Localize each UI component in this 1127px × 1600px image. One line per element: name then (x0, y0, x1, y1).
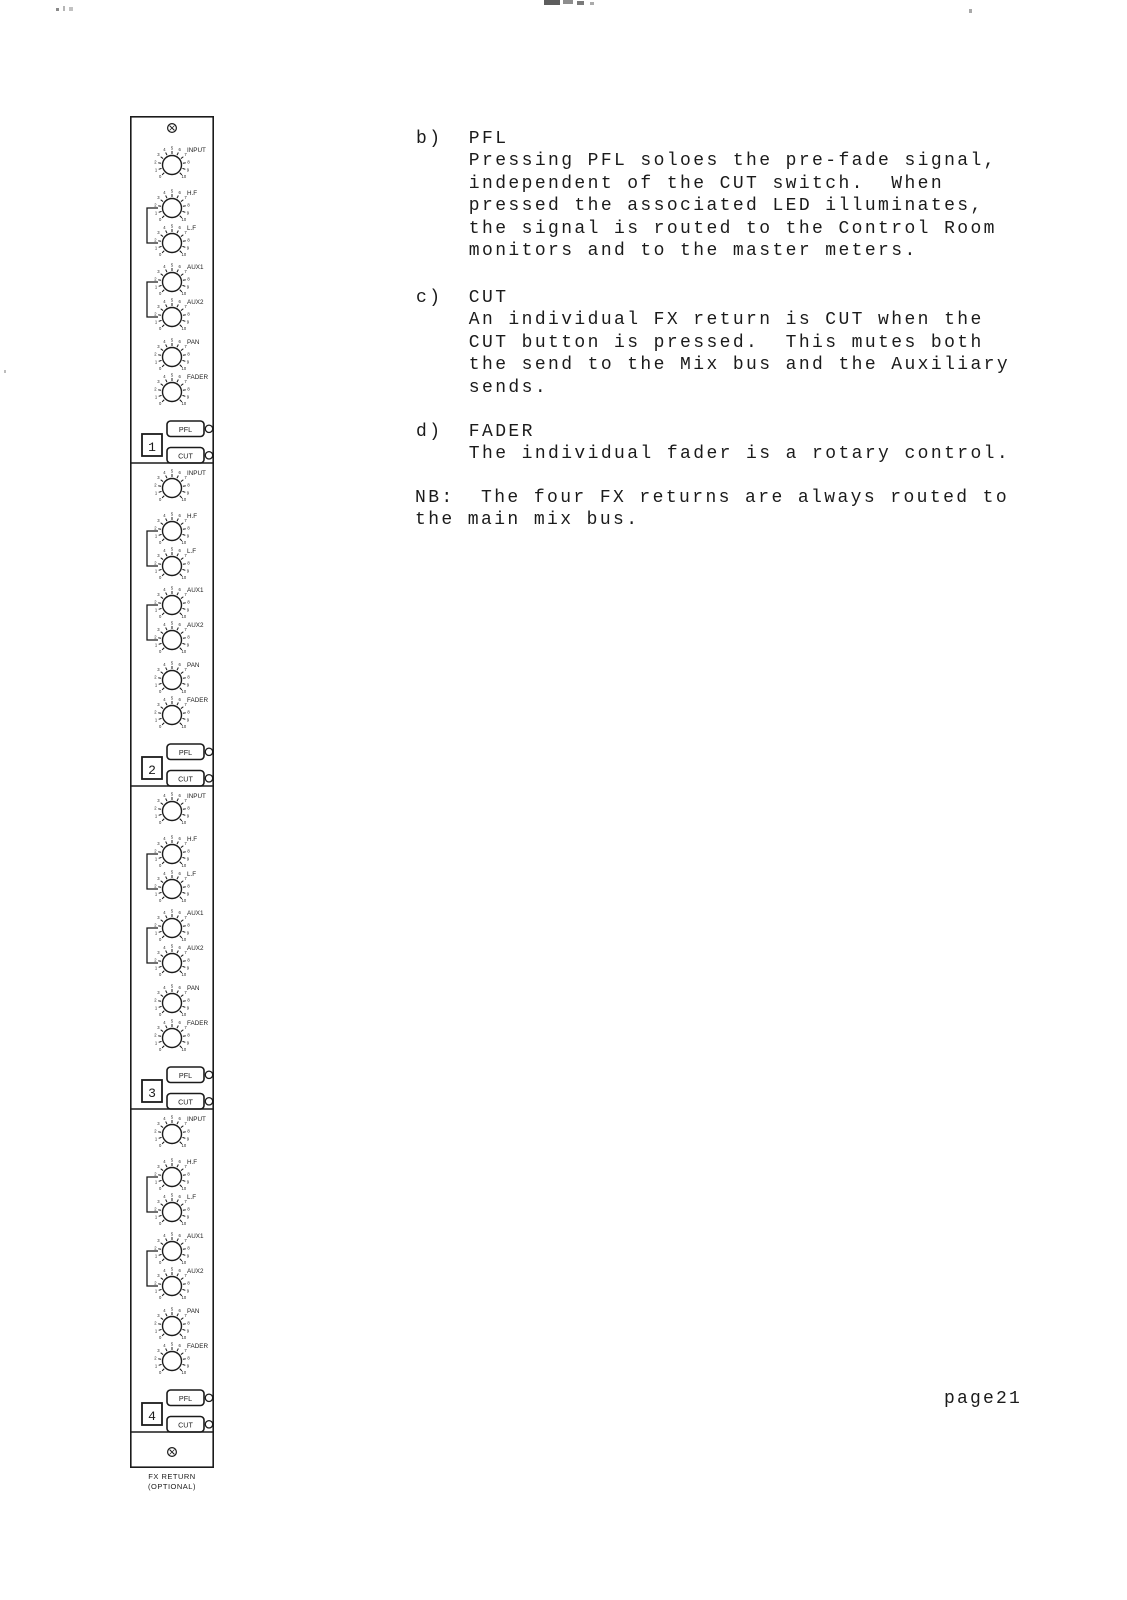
scan-smudge (590, 2, 594, 5)
knob-scale-mark: 10 (182, 174, 187, 179)
knob-scale-mark: 9 (187, 856, 190, 861)
knob-scale-mark: 4 (163, 871, 166, 876)
aux2-knob[interactable]: 012345678910AUX2 (154, 1266, 204, 1300)
scan-speck (56, 8, 59, 11)
knob-scale-mark: 0 (159, 291, 162, 296)
knob-scale-mark: 8 (187, 805, 190, 810)
knob-scale-mark: 6 (178, 871, 181, 876)
aux1-knob-label: AUX1 (187, 910, 204, 917)
knob-scale-mark: 4 (163, 1343, 166, 1348)
aux1-knob[interactable]: 012345678910AUX1 (154, 262, 204, 296)
knob-scale-mark: 10 (182, 497, 187, 502)
lf-knob[interactable]: 012345678910L.F (154, 1192, 196, 1226)
cut-button-label: CUT (178, 775, 193, 784)
aux1-knob[interactable]: 012345678910AUX1 (154, 585, 204, 619)
knob-scale-mark: 8 (187, 1171, 190, 1176)
knob-scale-mark: 2 (154, 922, 157, 927)
knob-scale-mark: 10 (182, 1012, 187, 1017)
cut-button-label: CUT (178, 1421, 193, 1430)
knob-scale-mark: 4 (163, 225, 166, 230)
knob-scale-mark: 2 (154, 311, 157, 316)
lf-knob-label: L.F (187, 548, 196, 555)
knob-scale-mark: 0 (159, 614, 162, 619)
lf-knob[interactable]: 012345678910L.F (154, 869, 196, 903)
pfl-led (205, 1071, 212, 1078)
knob-scale-mark: 0 (159, 217, 162, 222)
input-knob-label: INPUT (187, 470, 206, 477)
knob-scale-mark: 3 (157, 304, 160, 309)
strip-footer-label: FX RETURN (OPTIONAL) (122, 1472, 222, 1492)
knob-scale-mark: 4 (163, 910, 166, 915)
aux1-knob-label: AUX1 (187, 1233, 204, 1240)
pfl-button[interactable]: PFL (167, 744, 204, 760)
knob-scale-mark: 9 (187, 1005, 190, 1010)
knob-scale-mark: 10 (182, 1370, 187, 1375)
hf-knob[interactable]: 012345678910H.F (154, 834, 197, 868)
knob-scale-mark: 10 (182, 540, 187, 545)
knob-scale-mark: 8 (187, 848, 190, 853)
knob-scale-mark: 8 (187, 159, 190, 164)
aux2-knob-label: AUX2 (187, 945, 204, 952)
knob-scale-mark: 0 (159, 497, 162, 502)
hf-knob[interactable]: 012345678910H.F (154, 511, 197, 545)
knob-scale-mark: 4 (163, 622, 166, 627)
knob-scale-mark: 5 (171, 223, 174, 228)
knob-scale-mark: 4 (163, 339, 166, 344)
knob-scale-mark: 10 (182, 1295, 187, 1300)
cut-led (205, 775, 212, 782)
knob-scale-mark: 2 (154, 1206, 157, 1211)
knob-scale-mark: 0 (159, 1143, 162, 1148)
knob-scale-mark: 9 (187, 1136, 190, 1141)
input-knob[interactable]: 012345678910INPUT (154, 1114, 206, 1148)
knob-scale-mark: 3 (157, 230, 160, 235)
knob-scale-mark: 0 (159, 575, 162, 580)
channel-number: 3 (148, 1086, 156, 1101)
knob-scale-mark: 10 (182, 291, 187, 296)
knob-scale-mark: 10 (182, 1335, 187, 1340)
knob-scale-mark: 6 (178, 910, 181, 915)
aux2-knob-label: AUX2 (187, 622, 204, 629)
pan-knob-label: PAN (187, 985, 200, 992)
knob-scale-mark: 4 (163, 793, 166, 798)
knob-scale-mark: 5 (171, 983, 174, 988)
knob-scale-mark: 5 (171, 1157, 174, 1162)
knob-scale-mark: 9 (187, 1214, 190, 1219)
knob-scale-mark: 8 (187, 709, 190, 714)
knob-scale-mark: 5 (171, 1266, 174, 1271)
knob-scale-mark: 1 (155, 682, 158, 687)
knob-scale-mark: 3 (157, 475, 160, 480)
hf-knob-label: H.F (187, 1159, 197, 1166)
knob-scale-mark: 6 (178, 190, 181, 195)
hf-knob[interactable]: 012345678910H.F (154, 188, 197, 222)
knob-scale-mark: 3 (157, 915, 160, 920)
knob-scale-mark: 9 (187, 490, 190, 495)
knob-scale-mark: 8 (187, 599, 190, 604)
knob-scale-mark: 3 (157, 1121, 160, 1126)
knob-scale-mark: 1 (155, 930, 158, 935)
channel-1: 012345678910INPUT012345678910H.F01234567… (130, 145, 214, 463)
scan-smudge (577, 1, 584, 5)
knob-scale-mark: 6 (178, 374, 181, 379)
knob-scale-mark: 4 (163, 513, 166, 518)
knob-scale-mark: 9 (187, 717, 190, 722)
knob-scale-mark: 2 (154, 1280, 157, 1285)
knob-scale-mark: 10 (182, 689, 187, 694)
knob-scale-mark: 8 (187, 482, 190, 487)
knob-scale-mark: 8 (187, 1206, 190, 1211)
knob-scale-mark: 9 (187, 245, 190, 250)
hf-knob-label: H.F (187, 836, 197, 843)
knob-scale-mark: 8 (187, 237, 190, 242)
pfl-button-label: PFL (179, 748, 192, 757)
knob-scale-mark: 1 (155, 1253, 158, 1258)
knob-scale-mark: 5 (171, 943, 174, 948)
knob-scale-mark: 6 (178, 147, 181, 152)
fx-return-strip: 012345678910INPUT012345678910H.F01234567… (130, 116, 214, 1468)
channel-number: 1 (148, 440, 156, 455)
knob-scale-mark: 6 (178, 1194, 181, 1199)
fader-knob[interactable]: 012345678910FADER (154, 1018, 208, 1052)
knob-scale-mark: 10 (182, 217, 187, 222)
knob-scale-mark: 9 (187, 359, 190, 364)
hf-knob[interactable]: 012345678910H.F (154, 1157, 197, 1191)
pfl-led (205, 1394, 212, 1401)
channel-number: 4 (148, 1409, 156, 1424)
knob-scale-mark: 0 (159, 972, 162, 977)
knob-scale-mark: 1 (155, 533, 158, 538)
knob-scale-mark: 4 (163, 299, 166, 304)
lf-knob[interactable]: 012345678910L.F (154, 223, 196, 257)
pfl-button[interactable]: PFL (167, 421, 204, 437)
knob-scale-mark: 3 (157, 379, 160, 384)
knob-scale-mark: 1 (155, 1363, 158, 1368)
pan-knob[interactable]: 012345678910PAN (154, 983, 200, 1017)
knob-scale-mark: 9 (187, 1179, 190, 1184)
knob-scale-mark: 0 (159, 1370, 162, 1375)
knob-scale-mark: 4 (163, 1268, 166, 1273)
knob-scale-mark: 3 (157, 876, 160, 881)
knob-scale-mark: 9 (187, 965, 190, 970)
knob-scale-mark: 5 (171, 262, 174, 267)
knob-scale-mark: 1 (155, 319, 158, 324)
knob-scale-mark: 5 (171, 1306, 174, 1311)
knob-scale-mark: 9 (187, 1040, 190, 1045)
knob-scale-mark: 2 (154, 674, 157, 679)
fader-knob-label: FADER (187, 1020, 208, 1027)
knob-scale-mark: 4 (163, 1308, 166, 1313)
fader-knob[interactable]: 012345678910FADER (154, 372, 208, 406)
lf-knob-label: L.F (187, 225, 196, 232)
knob-scale-mark: 4 (163, 1194, 166, 1199)
knob-scale-mark: 10 (182, 898, 187, 903)
knob-scale-mark: 5 (171, 908, 174, 913)
input-knob-label: INPUT (187, 793, 206, 800)
knob-scale-mark: 5 (171, 1231, 174, 1236)
knob-scale-mark: 2 (154, 202, 157, 207)
knob-scale-mark: 3 (157, 269, 160, 274)
knob-scale-mark: 1 (155, 245, 158, 250)
knob-scale-mark: 5 (171, 468, 174, 473)
aux1-knob-label: AUX1 (187, 587, 204, 594)
knob-scale-mark: 8 (187, 1280, 190, 1285)
aux1-knob[interactable]: 012345678910AUX1 (154, 1231, 204, 1265)
knob-scale-mark: 5 (171, 791, 174, 796)
lf-knob-label: L.F (187, 871, 196, 878)
knob-scale-mark: 2 (154, 276, 157, 281)
knob-scale-mark: 0 (159, 689, 162, 694)
pfl-button[interactable]: PFL (167, 1067, 204, 1083)
knob-scale-mark: 10 (182, 401, 187, 406)
cut-button-label: CUT (178, 452, 193, 461)
knob-scale-mark: 4 (163, 1116, 166, 1121)
knob-scale-mark: 6 (178, 1308, 181, 1313)
pfl-led (205, 425, 212, 432)
knob-scale-mark: 1 (155, 359, 158, 364)
knob-scale-mark: 5 (171, 1114, 174, 1119)
knob-scale-mark: 2 (154, 237, 157, 242)
knob-scale-mark: 6 (178, 225, 181, 230)
knob-scale-mark: 6 (178, 1020, 181, 1025)
knob-scale-mark: 5 (171, 145, 174, 150)
knob-scale-mark: 8 (187, 276, 190, 281)
aux2-knob-label: AUX2 (187, 299, 204, 306)
knob-scale-mark: 2 (154, 351, 157, 356)
knob-scale-mark: 6 (178, 945, 181, 950)
input-knob[interactable]: 012345678910INPUT (154, 145, 206, 179)
knob-scale-mark: 10 (182, 1221, 187, 1226)
knob-scale-mark: 10 (182, 366, 187, 371)
knob-scale-mark: 8 (187, 560, 190, 565)
knob-scale-mark: 5 (171, 695, 174, 700)
pan-knob[interactable]: 012345678910PAN (154, 1306, 200, 1340)
knob-scale-mark: 5 (171, 188, 174, 193)
knob-scale-mark: 3 (157, 627, 160, 632)
knob-scale-mark: 10 (182, 575, 187, 580)
knob-scale-mark: 3 (157, 553, 160, 558)
knob-scale-mark: 0 (159, 1295, 162, 1300)
knob-scale-mark: 2 (154, 1320, 157, 1325)
cut-led (205, 1421, 212, 1428)
knob-scale-mark: 8 (187, 1245, 190, 1250)
knob-scale-mark: 10 (182, 937, 187, 942)
knob-scale-mark: 0 (159, 724, 162, 729)
knob-scale-mark: 2 (154, 805, 157, 810)
channel-4: 012345678910INPUT012345678910H.F01234567… (130, 1114, 214, 1432)
aux2-knob[interactable]: 012345678910AUX2 (154, 943, 204, 977)
knob-scale-mark: 2 (154, 1355, 157, 1360)
knob-scale-mark: 9 (187, 682, 190, 687)
knob-scale-mark: 3 (157, 798, 160, 803)
knob-scale-mark: 1 (155, 210, 158, 215)
knob-scale-mark: 8 (187, 386, 190, 391)
knob-scale-mark: 1 (155, 1288, 158, 1293)
knob-scale-mark: 3 (157, 841, 160, 846)
knob-scale-mark: 0 (159, 540, 162, 545)
knob-scale-mark: 1 (155, 1179, 158, 1184)
knob-scale-mark: 8 (187, 883, 190, 888)
fader-knob-label: FADER (187, 374, 208, 381)
knob-scale-mark: 5 (171, 660, 174, 665)
pan-knob[interactable]: 012345678910PAN (154, 337, 200, 371)
knob-scale-mark: 9 (187, 284, 190, 289)
knob-scale-mark: 2 (154, 1171, 157, 1176)
knob-scale-mark: 2 (154, 560, 157, 565)
knob-scale-mark: 3 (157, 195, 160, 200)
knob-scale-mark: 6 (178, 1343, 181, 1348)
knob-scale-mark: 1 (155, 284, 158, 289)
knob-scale-mark: 4 (163, 374, 166, 379)
fader-knob-label: FADER (187, 1343, 208, 1350)
knob-scale-mark: 0 (159, 174, 162, 179)
knob-scale-mark: 3 (157, 1348, 160, 1353)
knob-scale-mark: 9 (187, 1363, 190, 1368)
knob-scale-mark: 2 (154, 848, 157, 853)
knob-scale-mark: 4 (163, 662, 166, 667)
knob-scale-mark: 0 (159, 1186, 162, 1191)
knob-scale-mark: 2 (154, 883, 157, 888)
knob-scale-mark: 8 (187, 1128, 190, 1133)
aux1-knob[interactable]: 012345678910AUX1 (154, 908, 204, 942)
knob-scale-mark: 0 (159, 252, 162, 257)
knob-scale-mark: 1 (155, 717, 158, 722)
knob-scale-mark: 1 (155, 167, 158, 172)
knob-scale-mark: 3 (157, 518, 160, 523)
knob-scale-mark: 0 (159, 1260, 162, 1265)
knob-scale-mark: 2 (154, 1245, 157, 1250)
knob-scale-mark: 4 (163, 985, 166, 990)
scan-smudge (563, 0, 573, 4)
knob-scale-mark: 4 (163, 587, 166, 592)
scan-speck (969, 9, 972, 13)
knob-scale-mark: 1 (155, 891, 158, 896)
knob-scale-mark: 8 (187, 922, 190, 927)
knob-scale-mark: 6 (178, 339, 181, 344)
knob-scale-mark: 0 (159, 366, 162, 371)
knob-scale-mark: 4 (163, 697, 166, 702)
knob-scale-mark: 0 (159, 1335, 162, 1340)
knob-scale-mark: 10 (182, 1260, 187, 1265)
knob-scale-mark: 10 (182, 724, 187, 729)
knob-scale-mark: 0 (159, 820, 162, 825)
knob-scale-mark: 8 (187, 1320, 190, 1325)
knob-scale-mark: 6 (178, 985, 181, 990)
knob-scale-mark: 6 (178, 836, 181, 841)
knob-scale-mark: 0 (159, 1047, 162, 1052)
pfl-led (205, 748, 212, 755)
input-knob-label: INPUT (187, 147, 206, 154)
aux2-knob-label: AUX2 (187, 1268, 204, 1275)
knob-scale-mark: 2 (154, 997, 157, 1002)
knob-scale-mark: 10 (182, 326, 187, 331)
page-number: page21 (944, 1389, 1022, 1409)
knob-scale-mark: 3 (157, 990, 160, 995)
knob-scale-mark: 9 (187, 319, 190, 324)
fader-knob[interactable]: 012345678910FADER (154, 695, 208, 729)
knob-scale-mark: 8 (187, 202, 190, 207)
knob-scale-mark: 9 (187, 1328, 190, 1333)
knob-scale-mark: 3 (157, 1025, 160, 1030)
knob-scale-mark: 9 (187, 568, 190, 573)
knob-scale-mark: 5 (171, 1341, 174, 1346)
knob-scale-mark: 4 (163, 190, 166, 195)
knob-scale-mark: 2 (154, 1032, 157, 1037)
knob-scale-mark: 1 (155, 394, 158, 399)
knob-scale-mark: 2 (154, 525, 157, 530)
section-c-cut: c) CUT An individual FX return is CUT wh… (416, 287, 1010, 399)
channel-number-badge: 1 (142, 434, 162, 456)
knob-scale-mark: 9 (187, 813, 190, 818)
knob-scale-mark: 6 (178, 662, 181, 667)
input-knob[interactable]: 012345678910INPUT (154, 791, 206, 825)
scan-speck (63, 6, 65, 11)
cut-button[interactable]: CUT (167, 448, 204, 464)
knob-scale-mark: 9 (187, 533, 190, 538)
pan-knob-label: PAN (187, 1308, 200, 1315)
knob-scale-mark: 2 (154, 709, 157, 714)
knob-scale-mark: 0 (159, 326, 162, 331)
cut-button[interactable]: CUT (167, 771, 204, 787)
fader-knob[interactable]: 012345678910FADER (154, 1341, 208, 1375)
channel-number-badge: 4 (142, 1403, 162, 1425)
knob-scale-mark: 6 (178, 587, 181, 592)
aux2-knob[interactable]: 012345678910AUX2 (154, 620, 204, 654)
knob-scale-mark: 6 (178, 470, 181, 475)
knob-scale-mark: 0 (159, 1221, 162, 1226)
pfl-button-label: PFL (179, 1071, 192, 1080)
aux2-knob[interactable]: 012345678910AUX2 (154, 297, 204, 331)
cut-button[interactable]: CUT (167, 1094, 204, 1110)
pan-knob[interactable]: 012345678910PAN (154, 660, 200, 694)
pfl-button[interactable]: PFL (167, 1390, 204, 1406)
cut-button[interactable]: CUT (167, 1417, 204, 1433)
input-knob[interactable]: 012345678910INPUT (154, 468, 206, 502)
knob-scale-mark: 6 (178, 264, 181, 269)
scan-smudge (544, 0, 560, 5)
knob-scale-mark: 10 (182, 614, 187, 619)
section-d-fader: d) FADER The individual fader is a rotar… (416, 421, 1010, 466)
knob-scale-mark: 9 (187, 167, 190, 172)
knob-scale-mark: 8 (187, 351, 190, 356)
strip-footer-line2: (OPTIONAL) (122, 1482, 222, 1492)
knob-scale-mark: 8 (187, 997, 190, 1002)
knob-scale-mark: 3 (157, 1199, 160, 1204)
knob-scale-mark: 2 (154, 1128, 157, 1133)
knob-scale-mark: 8 (187, 957, 190, 962)
knob-scale-mark: 2 (154, 386, 157, 391)
knob-scale-mark: 3 (157, 152, 160, 157)
knob-scale-mark: 6 (178, 697, 181, 702)
pan-knob-label: PAN (187, 339, 200, 346)
knob-scale-mark: 4 (163, 548, 166, 553)
knob-scale-mark: 2 (154, 599, 157, 604)
channel-number-badge: 2 (142, 757, 162, 779)
knob-scale-mark: 9 (187, 642, 190, 647)
knob-scale-mark: 1 (155, 568, 158, 573)
knob-scale-mark: 6 (178, 622, 181, 627)
knob-scale-mark: 5 (171, 297, 174, 302)
knob-scale-mark: 8 (187, 525, 190, 530)
knob-scale-mark: 4 (163, 264, 166, 269)
knob-scale-mark: 4 (163, 470, 166, 475)
scan-speck (4, 370, 6, 373)
knob-scale-mark: 10 (182, 1143, 187, 1148)
knob-scale-mark: 5 (171, 869, 174, 874)
knob-scale-mark: 10 (182, 972, 187, 977)
knob-scale-mark: 4 (163, 1233, 166, 1238)
lf-knob[interactable]: 012345678910L.F (154, 546, 196, 580)
